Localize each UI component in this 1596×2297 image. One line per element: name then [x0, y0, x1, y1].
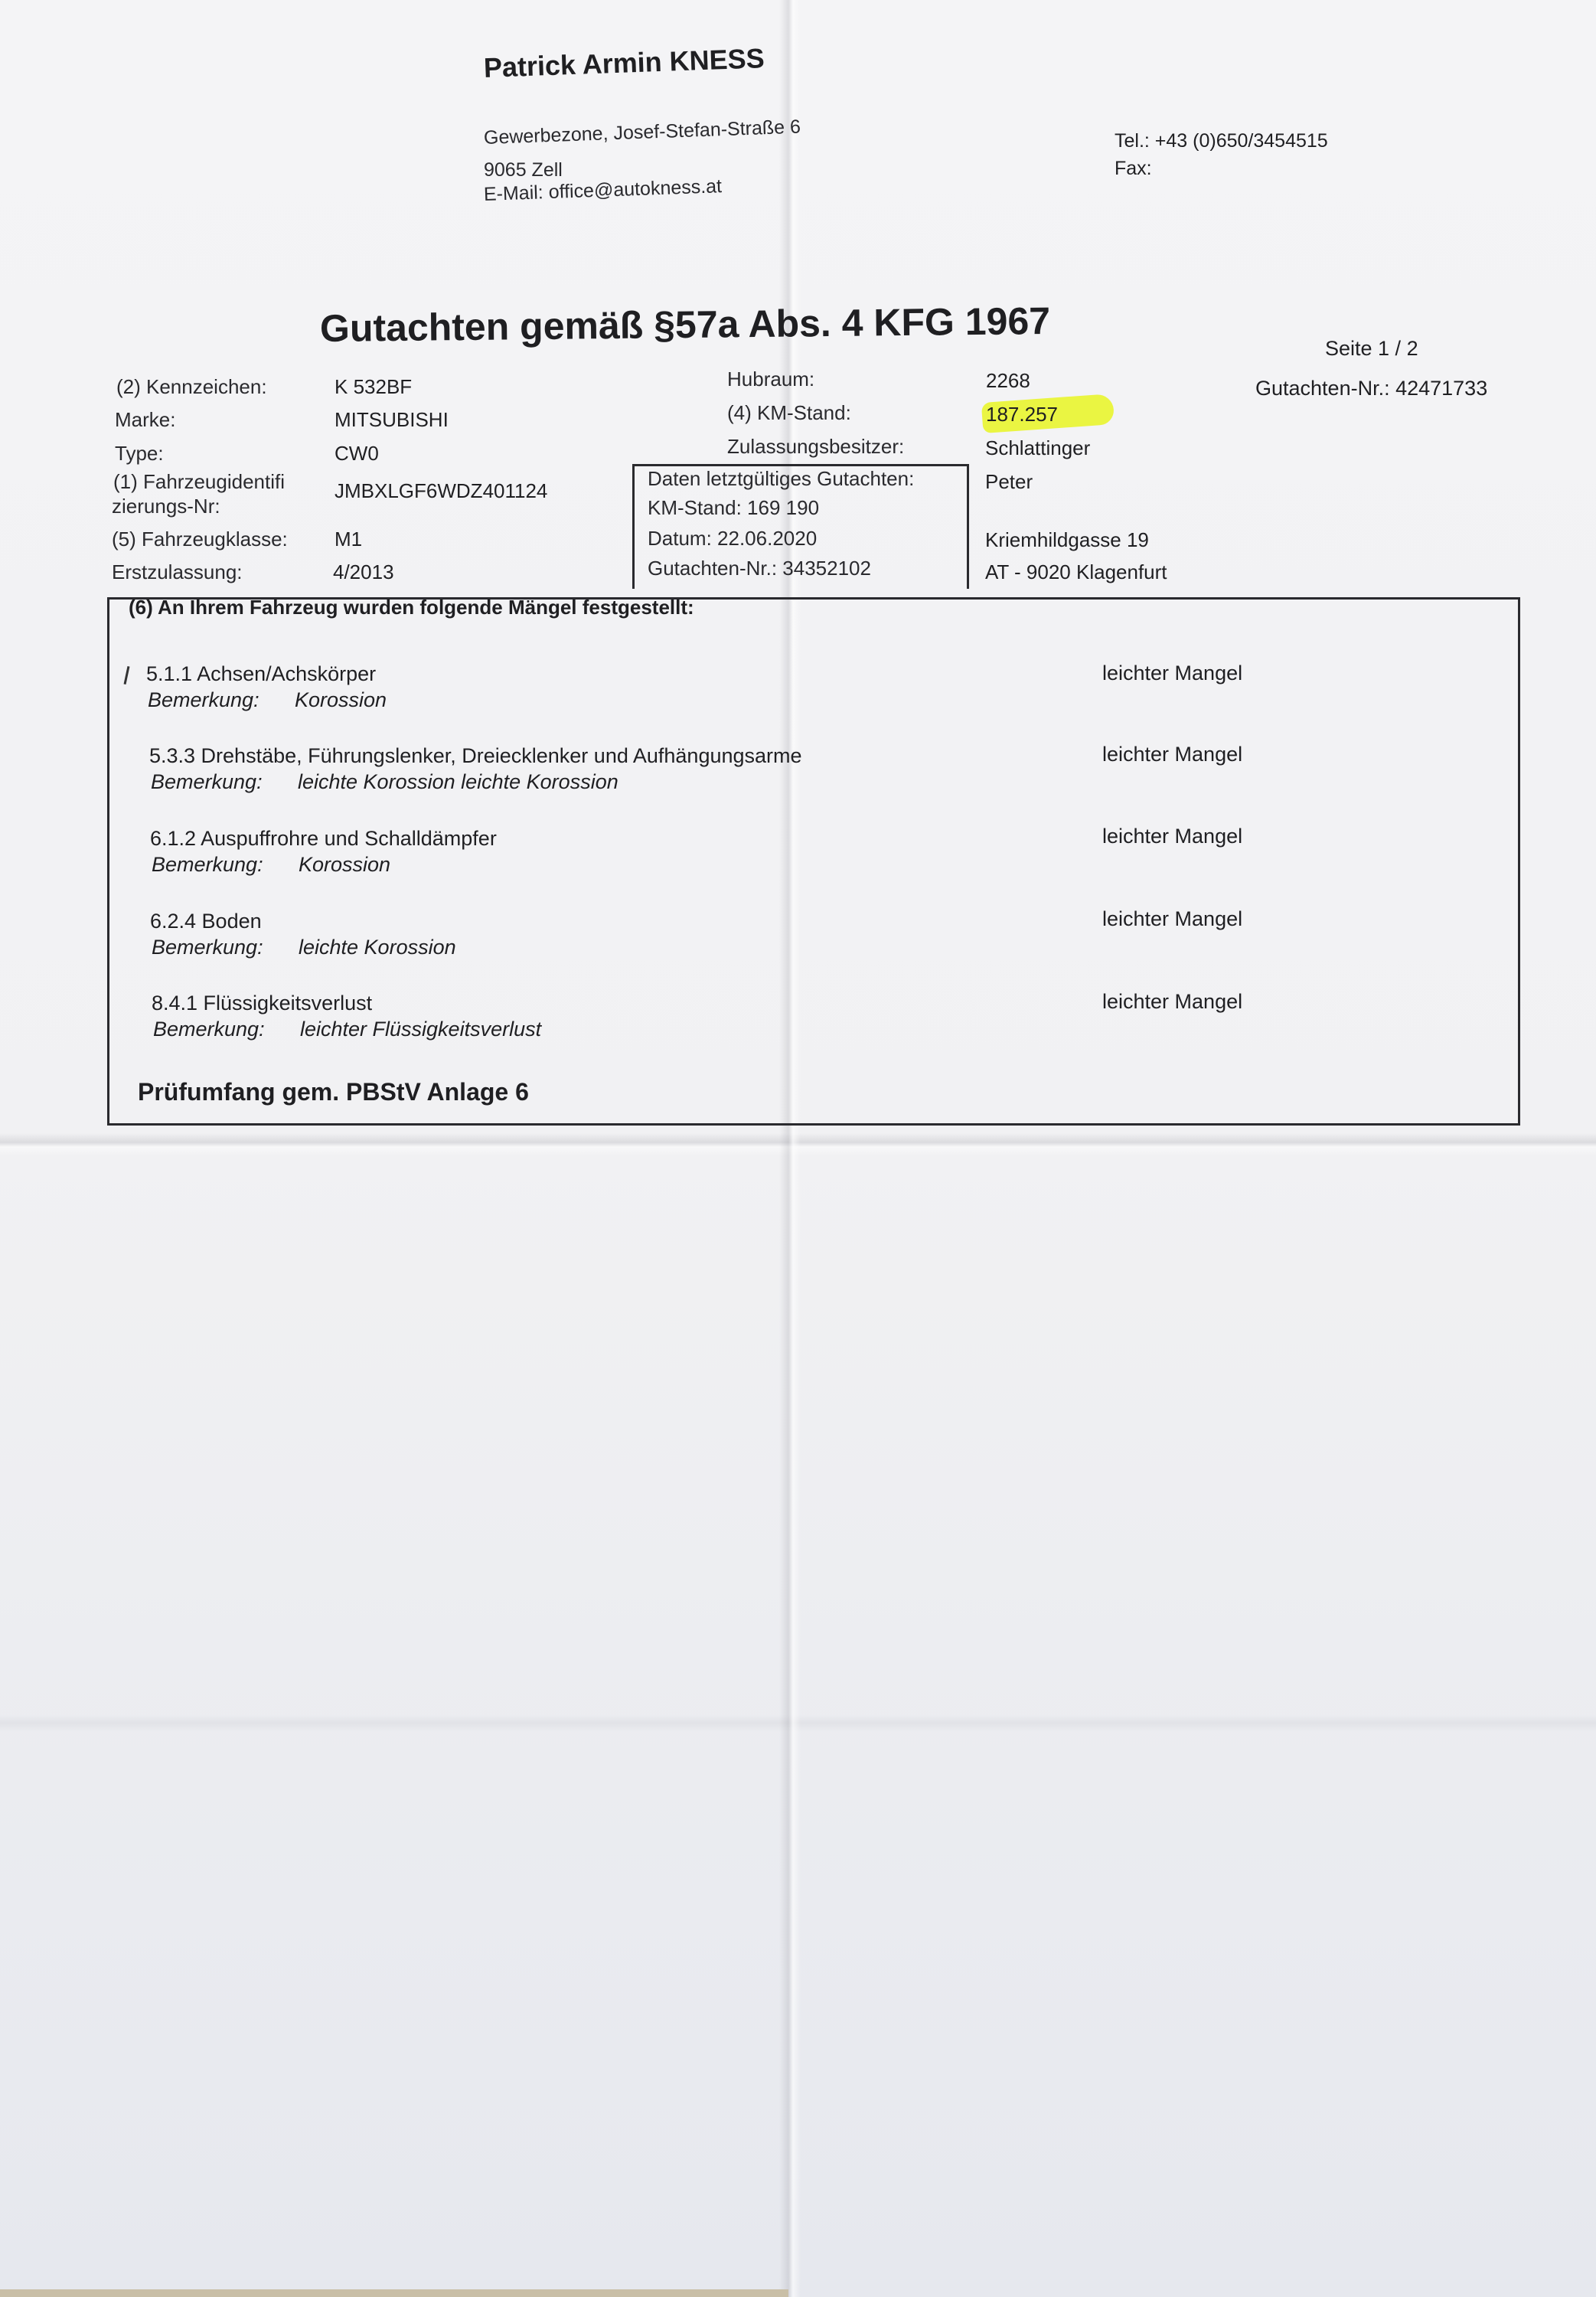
remark-text: Korossion [299, 853, 390, 876]
previous-report-number: Gutachten-Nr.: 34352102 [648, 557, 871, 580]
field-value-vin: JMBXLGF6WDZ401124 [335, 479, 547, 503]
defect-remark: Bemerkung:Korossion [148, 688, 387, 712]
page-number: Seite 1 / 2 [1325, 337, 1418, 361]
field-label-first-registration: Erstzulassung: [112, 560, 243, 584]
defect-severity: leichter Mangel [1102, 907, 1242, 931]
field-value-make: MITSUBISHI [335, 408, 449, 432]
remark-text: leichte Korossion [299, 936, 456, 959]
table-surface-edge [0, 2289, 788, 2297]
displacement-value: 2268 [986, 369, 1030, 393]
defect-title: 5.1.1 Achsen/Achskörper [146, 662, 376, 686]
remark-label: Bemerkung: [153, 1018, 300, 1041]
field-value-type: CW0 [335, 442, 379, 466]
remark-label: Bemerkung: [151, 770, 298, 794]
field-value-plate: K 532BF [335, 375, 412, 399]
inspection-scope: Prüfumfang gem. PBStV Anlage 6 [138, 1078, 529, 1106]
displacement-label: Hubraum: [727, 368, 814, 391]
defect-remark: Bemerkung:leichte Korossion [152, 936, 456, 959]
field-value-first-registration: 4/2013 [333, 560, 394, 584]
odometer-label: (4) KM-Stand: [727, 401, 851, 425]
remark-text: leichte Korossion leichte Korossion [298, 770, 618, 793]
owner-street: Kriemhildgasse 19 [985, 528, 1149, 552]
remark-text: leichter Flüssigkeitsverlust [300, 1018, 541, 1041]
address-city: 9065 Zell [484, 159, 563, 181]
field-label-class: (5) Fahrzeugklasse: [112, 528, 288, 551]
defect-remark: Bemerkung:leichte Korossion leichte Koro… [151, 770, 618, 794]
field-label-type: Type: [115, 442, 164, 466]
owner-surname: Schlattinger [985, 436, 1090, 460]
previous-report-date: Datum: 22.06.2020 [648, 527, 817, 551]
defect-title: 8.4.1 Flüssigkeitsverlust [152, 992, 372, 1015]
document-title: Gutachten gemäß §57a Abs. 4 KFG 1967 [320, 299, 1051, 351]
remark-label: Bemerkung: [152, 936, 299, 959]
owner-city: AT - 9020 Klagenfurt [985, 560, 1167, 584]
remark-label: Bemerkung: [152, 853, 299, 877]
defect-remark: Bemerkung:leichter Flüssigkeitsverlust [153, 1018, 541, 1041]
odometer-value: 187.257 [986, 403, 1058, 426]
defect-remark: Bemerkung:Korossion [152, 853, 390, 877]
previous-report-odometer: KM-Stand: 169 190 [648, 496, 819, 520]
defect-title: 6.1.2 Auspuffrohre und Schalldämpfer [150, 827, 497, 851]
defect-title: 6.2.4 Boden [150, 910, 262, 933]
remark-text: Korossion [295, 688, 387, 711]
field-label-vin-line2: zierungs-Nr: [112, 495, 220, 518]
field-label-plate: (2) Kennzeichen: [116, 375, 267, 399]
field-label-make: Marke: [115, 408, 175, 432]
defects-heading: (6) An Ihrem Fahrzeug wurden folgende Mä… [129, 596, 694, 619]
defect-severity: leichter Mangel [1102, 662, 1242, 685]
defect-title: 5.3.3 Drehstäbe, Führungslenker, Dreieck… [149, 744, 802, 768]
remark-label: Bemerkung: [148, 688, 295, 712]
field-label-vin-line1: (1) Fahrzeugidentifi [113, 470, 285, 494]
report-number: Gutachten-Nr.: 42471733 [1255, 377, 1487, 400]
owner-label: Zulassungsbesitzer: [727, 435, 904, 459]
defect-severity: leichter Mangel [1102, 743, 1242, 766]
defect-severity: leichter Mangel [1102, 990, 1242, 1014]
defect-severity: leichter Mangel [1102, 825, 1242, 848]
fax: Fax: [1115, 158, 1152, 180]
telephone: Tel.: +43 (0)650/3454515 [1115, 130, 1328, 152]
field-value-class: M1 [335, 528, 362, 551]
previous-report-heading: Daten letztgültiges Gutachten: [648, 467, 914, 491]
owner-firstname: Peter [985, 470, 1033, 494]
